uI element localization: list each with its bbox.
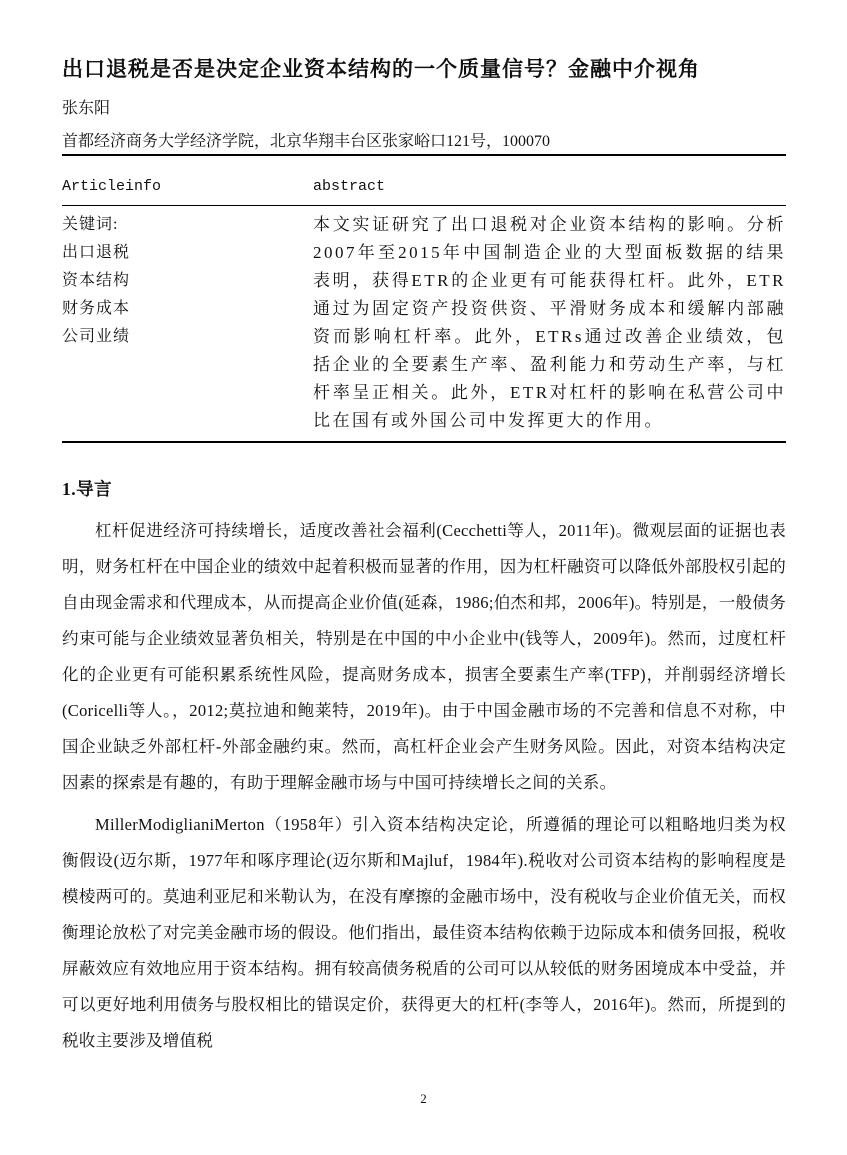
- paper-page: 出口退税是否是决定企业资本结构的一个质量信号？金融中介视角 张东阳 首都经济商务…: [0, 0, 847, 1155]
- keyword-item: 公司业绩: [62, 323, 313, 351]
- articleinfo-column-header: Articleinfo: [62, 178, 313, 196]
- keyword-item: 资本结构: [62, 267, 313, 295]
- abstract-text: 本文实证研究了出口退税对企业资本结构的影响。分析2007年至2015年中国制造企…: [313, 211, 786, 435]
- keyword-item: 出口退税: [62, 239, 313, 267]
- info-table-header-row: Articleinfo abstract: [62, 156, 786, 205]
- section-heading-introduction: 1.导言: [62, 477, 786, 501]
- paper-title: 出口退税是否是决定企业资本结构的一个质量信号？金融中介视角: [62, 54, 786, 84]
- introduction-paragraph: 杠杆促进经济可持续增长，适度改善社会福利(Cecchetti等人，2011年)。…: [62, 513, 786, 801]
- page-number: 2: [0, 1091, 847, 1107]
- rule-table-bottom: [62, 441, 786, 443]
- keywords-column: 关键词: 出口退税 资本结构 财务成本 公司业绩: [62, 211, 313, 435]
- introduction-paragraph: MillerModiglianiMerton（1958年）引入资本结构决定论，所…: [62, 807, 786, 1059]
- keywords-label: 关键词:: [62, 211, 313, 239]
- author-name: 张东阳: [62, 99, 786, 119]
- abstract-column-header: abstract: [313, 178, 786, 196]
- author-affiliation: 首都经济商务大学经济学院，北京华翔丰台区张家峪口121号，100070: [62, 132, 786, 154]
- keyword-item: 财务成本: [62, 295, 313, 323]
- page-content: 出口退税是否是决定企业资本结构的一个质量信号？金融中介视角 张东阳 首都经济商务…: [0, 0, 847, 1059]
- info-table-body-row: 关键词: 出口退税 资本结构 财务成本 公司业绩 本文实证研究了出口退税对企业资…: [62, 206, 786, 441]
